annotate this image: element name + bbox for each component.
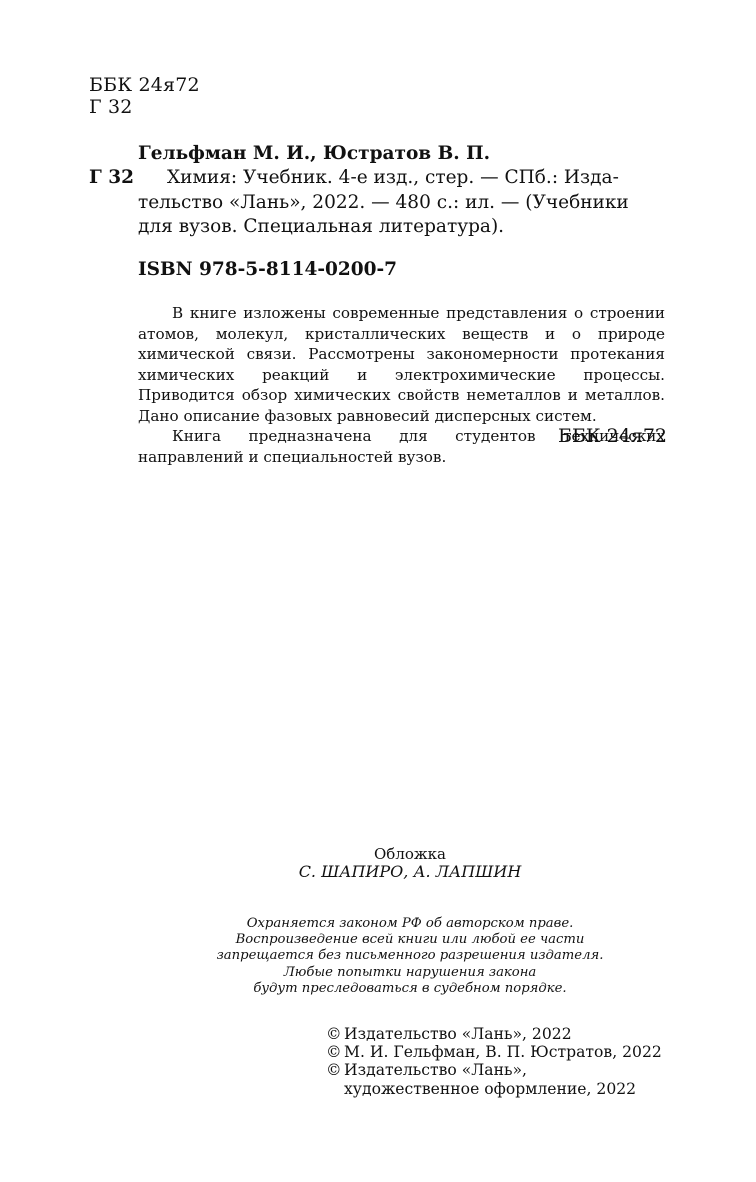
cover-credits: Обложка С. ШАПИРО, А. ЛАПШИН — [180, 845, 640, 881]
rights-notice: Охраняется законом РФ об авторском праве… — [180, 916, 640, 997]
rights-line: Охраняется законом РФ об авторском праве… — [180, 916, 640, 932]
cover-label: Обложка — [180, 845, 640, 863]
rights-line: Любые попытки нарушения закона — [180, 965, 640, 981]
bibliographic-description: Химия: Учебник. 4-е изд., стер. — СПб.: … — [138, 166, 665, 240]
copyright-icon: © — [326, 1061, 344, 1079]
bbk-code: ББК 24я72 — [89, 74, 200, 96]
copyright-block: ©Издательство «Лань», 2022 ©М. И. Гельфм… — [326, 1025, 662, 1098]
annotation-paragraph: В книге изложены современные представлен… — [138, 303, 665, 426]
bbk-header: ББК 24я72 Г 32 — [89, 74, 200, 118]
copyright-line: ©Издательство «Лань», 2022 — [326, 1025, 662, 1043]
description-line: Химия: Учебник. 4-е изд., стер. — СПб.: … — [138, 166, 665, 191]
description-line: для вузов. Специальная литература). — [138, 215, 665, 240]
copyright-line: ©М. И. Гельфман, В. П. Юстратов, 2022 — [326, 1043, 662, 1061]
copyright-continuation: художественное оформление, 2022 — [326, 1080, 662, 1098]
annotation-bbk-code: ББК 24я72 — [138, 425, 667, 447]
isbn: ISBN 978-5-8114-0200-7 — [138, 259, 397, 280]
copyright-line: ©Издательство «Лань», — [326, 1061, 662, 1079]
author-mark: Г 32 — [89, 96, 200, 118]
copyright-icon: © — [326, 1043, 344, 1061]
rights-line: Воспроизведение всей книги или любой ее … — [180, 932, 640, 948]
cover-designers: С. ШАПИРО, А. ЛАПШИН — [180, 863, 640, 881]
authors: Гельфман М. И., Юстратов В. П. — [138, 142, 490, 166]
description-line: тельство «Лань», 2022. — 480 с.: ил. — (… — [138, 191, 665, 216]
rights-line: запрещается без письменного разрешения и… — [180, 948, 640, 964]
copyright-icon: © — [326, 1025, 344, 1043]
author-mark-inline: Г 32 — [89, 166, 134, 190]
rights-line: будут преследоваться в судебном порядке. — [180, 981, 640, 997]
